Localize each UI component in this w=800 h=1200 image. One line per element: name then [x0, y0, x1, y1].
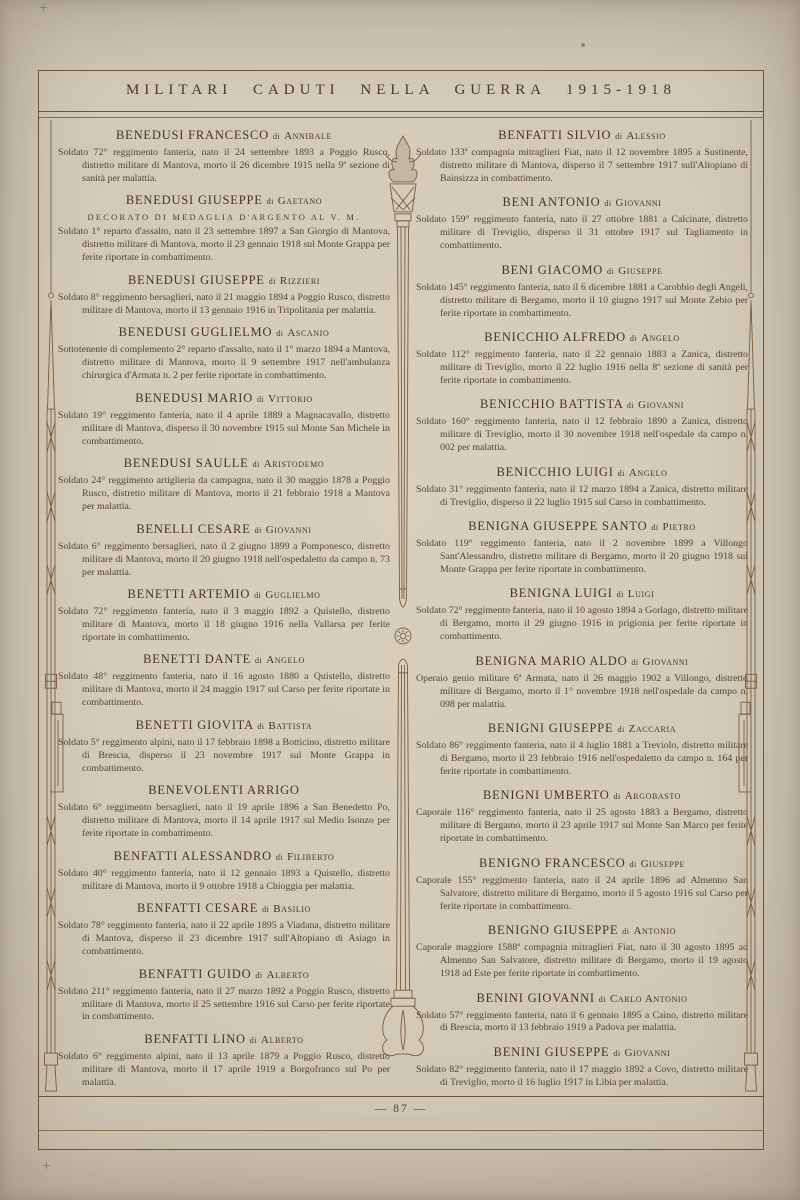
memorial-entry: BENICCHIO BATTISTA di Giovanni Soldato 1…: [416, 397, 748, 455]
entry-father-name: Annibale: [284, 130, 332, 142]
entry-surname: BENETTI ARTEMIO: [128, 587, 251, 601]
entry-father-name: Giovanni: [616, 197, 662, 209]
entry-patronymic: di Giuseppe: [603, 263, 662, 277]
entry-di-label: di: [267, 197, 274, 206]
memorial-entry: BENINI GIOVANNI di Carlo Antonio Soldato…: [416, 991, 748, 1036]
entry-patronymic: di Angelo: [626, 330, 680, 344]
entry-name: BENIGNO GIUSEPPE di Antonio: [416, 923, 748, 938]
entry-patronymic: di Pietro: [647, 519, 695, 533]
entry-body-text: Sottotenente di complemento 2° reparto d…: [58, 344, 390, 383]
entry-father-name: Alberto: [261, 1034, 304, 1046]
entry-di-label: di: [617, 725, 624, 734]
entry-surname: BENIGNA GIUSEPPE SANTO: [468, 519, 647, 533]
entry-body-text: Soldato 72° reggimento fanteria, nato il…: [58, 606, 390, 645]
entry-name: BENEDUSI MARIO di Vittorio: [58, 391, 390, 406]
entry-surname: BENICCHIO LUIGI: [497, 465, 614, 479]
entry-father-name: Aristodemo: [264, 458, 324, 470]
entry-body-text: Soldato 5° reggimento alpini, nato il 17…: [58, 737, 390, 776]
corner-mark: [40, 4, 47, 11]
entry-di-label: di: [613, 1049, 620, 1058]
entry-di-label: di: [618, 469, 625, 478]
entry-name: BENEDUSI FRANCESCO di Annibale: [58, 128, 390, 143]
entry-body-text: Soldato 6° reggimento bersaglieri, nato …: [58, 802, 390, 841]
entry-body-text: Soldato 48° reggimento fanteria, nato il…: [58, 671, 390, 710]
memorial-entry: BENI ANTONIO di Giovanni Soldato 159° re…: [416, 195, 748, 253]
entry-father-name: Gaetano: [278, 195, 322, 207]
memorial-entry: BENETTI DANTE di Angelo Soldato 48° regg…: [58, 652, 390, 710]
entry-name: BENFATTI LINO di Alberto: [58, 1032, 390, 1047]
entry-name: BENIGNI UMBERTO di Argobasto: [416, 788, 748, 803]
entry-surname: BENI GIACOMO: [501, 263, 603, 277]
entry-patronymic: di Alessio: [611, 128, 665, 142]
entry-di-label: di: [599, 995, 606, 1004]
right-column: BENFATTI SILVIO di Alessio Soldato 133ª …: [416, 128, 748, 1090]
entry-body-text: Soldato 82° reggimento fanteria, nato il…: [416, 1064, 748, 1090]
entry-father-name: Giovanni: [643, 656, 689, 668]
entry-father-name: Giovanni: [266, 524, 312, 536]
entry-patronymic: di Carlo Antonio: [595, 991, 688, 1005]
memorial-entry: BENINI GIUSEPPE di Giovanni Soldato 82° …: [416, 1045, 748, 1090]
memorial-entry: BENIGNI UMBERTO di Argobasto Caporale 11…: [416, 788, 748, 846]
entry-name: BENEDUSI GUGLIELMO di Ascanio: [58, 325, 390, 340]
entry-patronymic: di Battista: [253, 718, 312, 732]
entry-name: BENINI GIOVANNI di Carlo Antonio: [416, 991, 748, 1006]
entry-name: BENIGNA LUIGI di Luigi: [416, 586, 748, 601]
entry-di-label: di: [273, 132, 280, 141]
entry-father-name: Giuseppe: [618, 265, 662, 277]
entry-body-text: Soldato 31° reggimento fanteria, nato il…: [416, 484, 748, 510]
entry-surname: BENIGNA LUIGI: [510, 586, 613, 600]
entry-di-label: di: [630, 334, 637, 343]
entry-name: BENINI GIUSEPPE di Giovanni: [416, 1045, 748, 1060]
memorial-entry: BENFATTI LINO di Alberto Soldato 6° regg…: [58, 1032, 390, 1090]
entry-patronymic: di Giovanni: [600, 195, 661, 209]
entry-di-label: di: [257, 395, 264, 404]
entry-body-text: Soldato 86° reggimento fanteria, nato il…: [416, 740, 748, 779]
entry-patronymic: di Luigi: [613, 586, 655, 600]
memorial-entry: BENICCHIO ALFREDO di Angelo Soldato 112°…: [416, 330, 748, 388]
entry-patronymic: di Giuseppe: [626, 856, 685, 870]
entry-di-label: di: [253, 460, 260, 469]
memorial-entry: BENEDUSI MARIO di Vittorio Soldato 19° r…: [58, 391, 390, 449]
entry-name: BENICCHIO ALFREDO di Angelo: [416, 330, 748, 345]
entry-surname: BENEDUSI SAULLE: [124, 456, 249, 470]
entry-patronymic: di Guglielmo: [250, 587, 320, 601]
entry-surname: BENEDUSI GIUSEPPE: [126, 193, 263, 207]
entry-body-text: Soldato 6° reggimento bersaglieri, nato …: [58, 541, 390, 580]
entry-body-text: Caporale maggiore 1588ª compagnia mitrag…: [416, 942, 748, 981]
entry-father-name: Giuseppe: [641, 858, 685, 870]
entry-columns: BENEDUSI FRANCESCO di Annibale Soldato 7…: [58, 128, 748, 1090]
entry-name: BENEVOLENTI ARRIGO: [58, 783, 390, 798]
entry-name: BENICCHIO BATTISTA di Giovanni: [416, 397, 748, 412]
memorial-entry: BENIGNA LUIGI di Luigi Soldato 72° reggi…: [416, 586, 748, 644]
entry-di-label: di: [262, 905, 269, 914]
entry-patronymic: di Argobasto: [610, 788, 681, 802]
paper-speck: [581, 43, 585, 47]
memorial-entry: BENFATTI GUIDO di Alberto Soldato 211° r…: [58, 967, 390, 1025]
memorial-entry: BENEVOLENTI ARRIGO Soldato 6° reggimento…: [58, 783, 390, 841]
footer-page-number: — 87 —: [39, 1103, 763, 1115]
entry-patronymic: di Zaccaria: [614, 721, 677, 735]
entry-di-label: di: [627, 401, 634, 410]
entry-surname: BENIGNI UMBERTO: [483, 788, 610, 802]
entry-father-name: Rizzieri: [280, 275, 320, 287]
memorial-entry: BENEDUSI GUGLIELMO di Ascanio Sottotenen…: [58, 325, 390, 383]
entry-name: BENI ANTONIO di Giovanni: [416, 195, 748, 210]
entry-father-name: Guglielmo: [265, 589, 320, 601]
entry-di-label: di: [255, 656, 262, 665]
entry-di-label: di: [269, 277, 276, 286]
entry-name: BENIGNO FRANCESCO di Giuseppe: [416, 856, 748, 871]
footer-rule-thin: [39, 1130, 763, 1131]
entry-surname: BENETTI DANTE: [143, 652, 251, 666]
memorial-entry: BENICCHIO LUIGI di Angelo Soldato 31° re…: [416, 465, 748, 510]
entry-body-text: Soldato 8° reggimento bersaglieri, nato …: [58, 292, 390, 318]
entry-patronymic: di Giovanni: [627, 654, 688, 668]
left-column: BENEDUSI FRANCESCO di Annibale Soldato 7…: [58, 128, 390, 1090]
entry-body-text: Soldato 1° reparto d'assalto, nato il 23…: [58, 226, 390, 265]
entry-surname: BENEDUSI FRANCESCO: [116, 128, 269, 142]
footer-rule: [39, 1096, 763, 1097]
entry-father-name: Vittorio: [268, 393, 313, 405]
entry-surname: BENICCHIO BATTISTA: [480, 397, 623, 411]
entry-father-name: Antonio: [633, 925, 676, 937]
entry-patronymic: di Vittorio: [253, 391, 313, 405]
entry-di-label: di: [255, 526, 262, 535]
entry-di-label: di: [276, 329, 283, 338]
entry-name: BENETTI DANTE di Angelo: [58, 652, 390, 667]
memorial-entry: BENETTI ARTEMIO di Guglielmo Soldato 72°…: [58, 587, 390, 645]
memorial-entry: BENETTI GIOVITA di Battista Soldato 5° r…: [58, 718, 390, 776]
entry-di-label: di: [250, 1036, 257, 1045]
entry-father-name: Argobasto: [625, 790, 681, 802]
entry-father-name: Giovanni: [625, 1047, 671, 1059]
memorial-entry: BENIGNI GIUSEPPE di Zaccaria Soldato 86°…: [416, 721, 748, 779]
entry-surname: BENFATTI LINO: [144, 1032, 245, 1046]
entry-father-name: Carlo Antonio: [610, 993, 688, 1005]
entry-surname: BENIGNO GIUSEPPE: [488, 923, 619, 937]
memorial-entry: BENIGNO FRANCESCO di Giuseppe Caporale 1…: [416, 856, 748, 914]
entry-patronymic: di Alberto: [246, 1032, 304, 1046]
page-title: MILITARI CADUTI NELLA GUERRA 1915-1918: [39, 82, 763, 99]
entry-name: BENEDUSI GIUSEPPE di Rizzieri: [58, 273, 390, 288]
scanned-memorial-page: MILITARI CADUTI NELLA GUERRA 1915-1918 —…: [0, 0, 800, 1200]
entry-name: BENIGNA GIUSEPPE SANTO di Pietro: [416, 519, 748, 534]
entry-surname: BENEDUSI MARIO: [135, 391, 253, 405]
entry-father-name: Basilio: [273, 903, 311, 915]
entry-di-label: di: [255, 971, 262, 980]
entry-body-text: Soldato 72° reggimento fanteria, nato il…: [58, 147, 390, 186]
entry-di-label: di: [617, 590, 624, 599]
entry-surname: BENIGNA MARIO ALDO: [476, 654, 628, 668]
memorial-entry: BENIGNA MARIO ALDO di Giovanni Operaio g…: [416, 654, 748, 712]
entry-patronymic: di Aristodemo: [249, 456, 325, 470]
entry-name: BENFATTI ALESSANDRO di Filiberto: [58, 849, 390, 864]
entry-patronymic: di Rizzieri: [265, 273, 320, 287]
entry-body-text: Soldato 72° reggimento fanteria, nato il…: [416, 605, 748, 644]
entry-name: BENEDUSI SAULLE di Aristodemo: [58, 456, 390, 471]
entry-father-name: Battista: [268, 720, 312, 732]
entry-patronymic: di Antonio: [618, 923, 676, 937]
entry-name: BENIGNI GIUSEPPE di Zaccaria: [416, 721, 748, 736]
entry-body-text: Soldato 40° reggimento fanteria, nato il…: [58, 868, 390, 894]
entry-patronymic: di Ascanio: [272, 325, 329, 339]
entry-father-name: Pietro: [663, 521, 696, 533]
entry-di-label: di: [254, 591, 261, 600]
entry-body-text: Soldato 160° reggimento fanteria, nato i…: [416, 416, 748, 455]
entry-body-text: Soldato 133ª compagnia mitraglieri Fiat,…: [416, 147, 748, 186]
entry-name: BENETTI GIOVITA di Battista: [58, 718, 390, 733]
memorial-entry: BENI GIACOMO di Giuseppe Soldato 145° re…: [416, 263, 748, 321]
entry-father-name: Angelo: [266, 654, 305, 666]
memorial-entry: BENEDUSI SAULLE di Aristodemo Soldato 24…: [58, 456, 390, 514]
entry-patronymic: di Alberto: [251, 967, 309, 981]
entry-surname: BENETTI GIOVITA: [136, 718, 254, 732]
entry-surname: BENFATTI CESARE: [137, 901, 258, 915]
entry-name: BENFATTI GUIDO di Alberto: [58, 967, 390, 982]
entry-surname: BENI ANTONIO: [503, 195, 601, 209]
entry-name: BENEDUSI GIUSEPPE di Gaetano: [58, 193, 390, 208]
entry-father-name: Luigi: [628, 588, 655, 600]
entry-body-text: Soldato 159° reggimento fanteria, nato i…: [416, 214, 748, 253]
entry-patronymic: di Giovanni: [609, 1045, 670, 1059]
entry-surname: BENEDUSI GUGLIELMO: [119, 325, 273, 339]
entry-body-text: Soldato 6° reggimento alpini, nato il 13…: [58, 1051, 390, 1090]
memorial-entry: BENEDUSI GIUSEPPE di Gaetano DECORATO DI…: [58, 193, 390, 265]
memorial-entry: BENEDUSI GIUSEPPE di Rizzieri Soldato 8°…: [58, 273, 390, 318]
entry-patronymic: di Annibale: [269, 128, 332, 142]
entry-father-name: Ascanio: [287, 327, 329, 339]
entry-body-text: Caporale 155° reggimento fanteria, nato …: [416, 875, 748, 914]
entry-father-name: Angelo: [629, 467, 668, 479]
entry-patronymic: di Angelo: [251, 652, 305, 666]
entry-father-name: Angelo: [641, 332, 680, 344]
entry-body-text: Soldato 24° reggimento artiglieria da ca…: [58, 475, 390, 514]
memorial-entry: BENEDUSI FRANCESCO di Annibale Soldato 7…: [58, 128, 390, 186]
entry-surname: BENINI GIUSEPPE: [494, 1045, 610, 1059]
entry-surname: BENFATTI SILVIO: [498, 128, 611, 142]
header-rule-thin: [39, 117, 763, 118]
entry-patronymic: di Filiberto: [272, 849, 334, 863]
entry-patronymic: di Giovanni: [623, 397, 684, 411]
entry-name: BENICCHIO LUIGI di Angelo: [416, 465, 748, 480]
entry-father-name: Alberto: [267, 969, 310, 981]
entry-name: BENI GIACOMO di Giuseppe: [416, 263, 748, 278]
memorial-entry: BENIGNA GIUSEPPE SANTO di Pietro Soldato…: [416, 519, 748, 577]
entry-surname: BENIGNO FRANCESCO: [479, 856, 626, 870]
entry-name: BENETTI ARTEMIO di Guglielmo: [58, 587, 390, 602]
entry-di-label: di: [615, 132, 622, 141]
entry-surname: BENIGNI GIUSEPPE: [488, 721, 614, 735]
entry-father-name: Giovanni: [638, 399, 684, 411]
entry-body-text: Soldato 78° reggimento fanteria, nato il…: [58, 920, 390, 959]
entry-di-label: di: [604, 199, 611, 208]
entry-surname: BENFATTI ALESSANDRO: [114, 849, 272, 863]
corner-mark: [43, 1162, 50, 1169]
entry-patronymic: di Angelo: [614, 465, 668, 479]
memorial-entry: BENIGNO GIUSEPPE di Antonio Caporale mag…: [416, 923, 748, 981]
entry-name: BENIGNA MARIO ALDO di Giovanni: [416, 654, 748, 669]
entry-body-text: Soldato 112° reggimento fanteria, nato i…: [416, 349, 748, 388]
entry-decoration-subtitle: DECORATO DI MEDAGLIA D'ARGENTO AL V. M.: [58, 212, 390, 222]
entry-surname: BENFATTI GUIDO: [139, 967, 252, 981]
entry-father-name: Zaccaria: [629, 723, 677, 735]
entry-di-label: di: [607, 267, 614, 276]
entry-body-text: Soldato 211° reggimento fanteria, nato i…: [58, 986, 390, 1025]
entry-di-label: di: [622, 927, 629, 936]
entry-surname: BENEDUSI GIUSEPPE: [128, 273, 265, 287]
entry-surname: BENICCHIO ALFREDO: [484, 330, 626, 344]
entry-father-name: Alessio: [626, 130, 665, 142]
entry-body-text: Soldato 119° reggimento fanteria, nato i…: [416, 538, 748, 577]
entry-body-text: Caporale 116° reggimento fanteria, nato …: [416, 807, 748, 846]
entry-body-text: Soldato 19° reggimento fanteria, nato il…: [58, 410, 390, 449]
entry-patronymic: di Gaetano: [263, 193, 323, 207]
memorial-entry: BENELLI CESARE di Giovanni Soldato 6° re…: [58, 522, 390, 580]
memorial-entry: BENFATTI ALESSANDRO di Filiberto Soldato…: [58, 849, 390, 894]
entry-surname: BENELLI CESARE: [136, 522, 250, 536]
memorial-entry: BENFATTI CESARE di Basilio Soldato 78° r…: [58, 901, 390, 959]
entry-patronymic: di Basilio: [258, 901, 311, 915]
entry-body-text: Soldato 57° reggimento fanteria, nato il…: [416, 1010, 748, 1036]
entry-surname: BENEVOLENTI ARRIGO: [148, 783, 300, 797]
entry-name: BENFATTI CESARE di Basilio: [58, 901, 390, 916]
entry-di-label: di: [631, 658, 638, 667]
header-rule: [39, 111, 763, 112]
entry-name: BENFATTI SILVIO di Alessio: [416, 128, 748, 143]
entry-patronymic: di Giovanni: [251, 522, 312, 536]
entry-di-label: di: [630, 860, 637, 869]
entry-body-text: Operaio genio militare 6ª Armata, nato i…: [416, 673, 748, 712]
entry-name: BENELLI CESARE di Giovanni: [58, 522, 390, 537]
entry-surname: BENINI GIOVANNI: [477, 991, 595, 1005]
entry-di-label: di: [257, 722, 264, 731]
memorial-entry: BENFATTI SILVIO di Alessio Soldato 133ª …: [416, 128, 748, 186]
entry-di-label: di: [276, 853, 283, 862]
entry-di-label: di: [614, 792, 621, 801]
entry-body-text: Soldato 145° reggimento fanteria, nato i…: [416, 282, 748, 321]
entry-di-label: di: [651, 523, 658, 532]
entry-father-name: Filiberto: [287, 851, 334, 863]
